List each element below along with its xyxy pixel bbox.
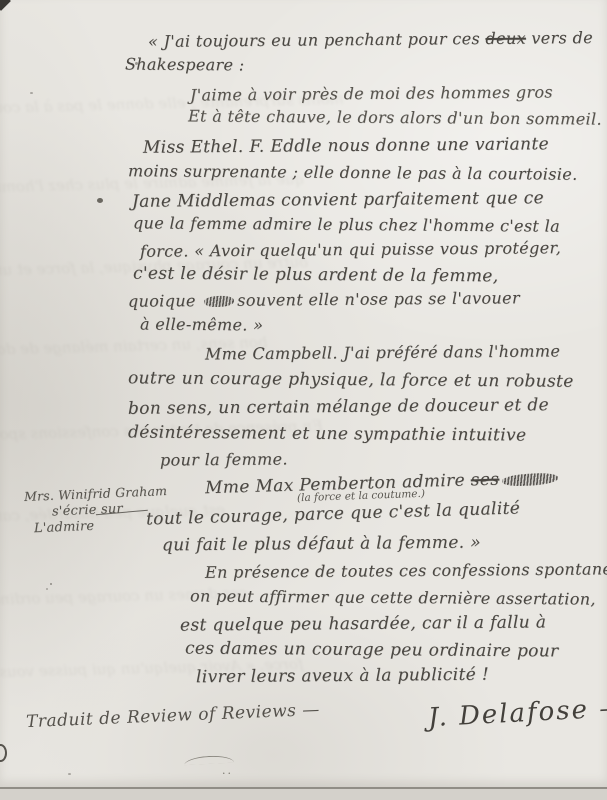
ink-speck	[135, 62, 138, 65]
manuscript-line: Shakespeare :	[125, 55, 245, 75]
manuscript-line: Miss Ethel. F. Eddle nous donne une vari…	[143, 134, 549, 158]
margin-annotation-correction: L'admire	[34, 519, 95, 537]
line-text: force. « Avoir quelqu'un qui puisse vous…	[140, 238, 561, 261]
line-text: Jane Middlemas convient parfaitement que…	[132, 188, 544, 212]
manuscript-line: bon sens, un certain mélange de douceur …	[128, 395, 549, 419]
line-text: Et à tête chauve, le dors alors d'un bon…	[188, 106, 602, 128]
line-text: bon sens, un certain mélange de douceur …	[128, 395, 549, 419]
scribbled-out-word	[502, 471, 559, 487]
manuscript-line: qui fait le plus défaut à la femme. »	[162, 533, 481, 556]
manuscript-line: ces dames un courage peu ordinaire pour	[185, 639, 559, 662]
scribbled-out-word	[204, 295, 234, 307]
manuscript-verse-line: J'aime à voir près de moi des hommes gro…	[190, 82, 553, 104]
line-text: tout le courage, parce que c'est la qual…	[146, 498, 521, 529]
line-text: pour la femme.	[160, 449, 288, 469]
paper-sheet: moins surprenante ; elle donne le pas à …	[0, 0, 607, 789]
line-text: Shakespeare :	[125, 55, 245, 75]
line-text: livrer leurs aveux à la publicité !	[196, 665, 489, 688]
signature: J. Delafose —	[427, 693, 607, 733]
line-text: que la femme admire le plus chez l'homme…	[133, 213, 560, 235]
manuscript-line: Jane Middlemas convient parfaitement que…	[132, 188, 544, 212]
manuscript-line: outre un courage physique, la force et u…	[128, 368, 574, 391]
ink-speck	[30, 92, 33, 94]
manuscript-line: à elle-même. »	[140, 315, 264, 335]
translation-credit: Traduit de Review of Reviews —	[26, 700, 321, 732]
manuscript-line: tout le courage, parce que c'est la qual…	[146, 498, 521, 529]
manuscript-line: Mme Campbell. J'ai préféré dans l'homme	[205, 341, 560, 363]
line-text: ces dames un courage peu ordinaire pour	[185, 639, 559, 662]
struck-word: deux	[485, 29, 526, 48]
line-text: En présence de toutes ces confessions sp…	[205, 559, 607, 582]
line-text: « J'ai toujours eu un penchant pour ces	[148, 29, 486, 51]
line-text: on peut affirmer que cette dernière asse…	[190, 586, 596, 608]
line-text: désintéressement et une sympathie intuit…	[128, 422, 527, 445]
stray-dots: ..	[222, 764, 233, 777]
manuscript-scan: moins surprenante ; elle donne le pas à …	[0, 0, 607, 800]
manuscript-line: désintéressement et une sympathie intuit…	[128, 422, 527, 445]
line-text: moins surprenante ; elle donne le pas à …	[128, 161, 578, 184]
line-text: quoique	[128, 291, 201, 311]
manuscript-line: quoique souvent elle n'ose pas se l'avou…	[128, 288, 520, 310]
line-text: outre un courage physique, la force et u…	[128, 368, 574, 391]
manuscript-line: force. « Avoir quelqu'un qui puisse vous…	[140, 238, 561, 261]
manuscript-line: que la femme admire le plus chez l'homme…	[133, 213, 560, 235]
line-text: qui fait le plus défaut à la femme. »	[162, 533, 481, 556]
struck-word: ses	[470, 470, 499, 491]
line-text: c'est le désir le plus ardent de la femm…	[133, 264, 499, 287]
paper-edge-notch	[0, 744, 7, 762]
line-text: vers de	[526, 28, 593, 48]
manuscript-line: moins surprenante ; elle donne le pas à …	[128, 161, 578, 184]
ink-speck	[97, 198, 103, 203]
line-text: à elle-même. »	[140, 315, 264, 335]
ink-speck	[68, 773, 71, 775]
line-text: est quelque peu hasardée, car il a fallu…	[180, 612, 546, 635]
margin-annotation-name: Mrs. Winifrid Graham	[24, 483, 168, 504]
manuscript-line: c'est le désir le plus ardent de la femm…	[133, 264, 499, 287]
scan-corner-artifact	[0, 0, 11, 11]
manuscript-line: on peut affirmer que cette dernière asse…	[190, 586, 596, 608]
ink-speck	[46, 588, 48, 590]
manuscript-verse-line: Et à tête chauve, le dors alors d'un bon…	[188, 106, 602, 128]
line-text: souvent elle n'ose pas se l'avouer	[237, 288, 520, 309]
manuscript-line: est quelque peu hasardée, car il a fallu…	[180, 612, 546, 635]
manuscript-line: pour la femme.	[160, 449, 288, 469]
line-text: Miss Ethel. F. Eddle nous donne une vari…	[143, 134, 549, 158]
line-text: J'aime à voir près de moi des hommes gro…	[190, 82, 553, 104]
line-text: Mme Campbell. J'ai préféré dans l'homme	[205, 341, 560, 363]
manuscript-line: En présence de toutes ces confessions sp…	[205, 559, 607, 582]
manuscript-line: « J'ai toujours eu un penchant pour ces …	[148, 28, 593, 51]
ink-speck	[50, 583, 52, 585]
manuscript-line: livrer leurs aveux à la publicité !	[196, 665, 489, 688]
